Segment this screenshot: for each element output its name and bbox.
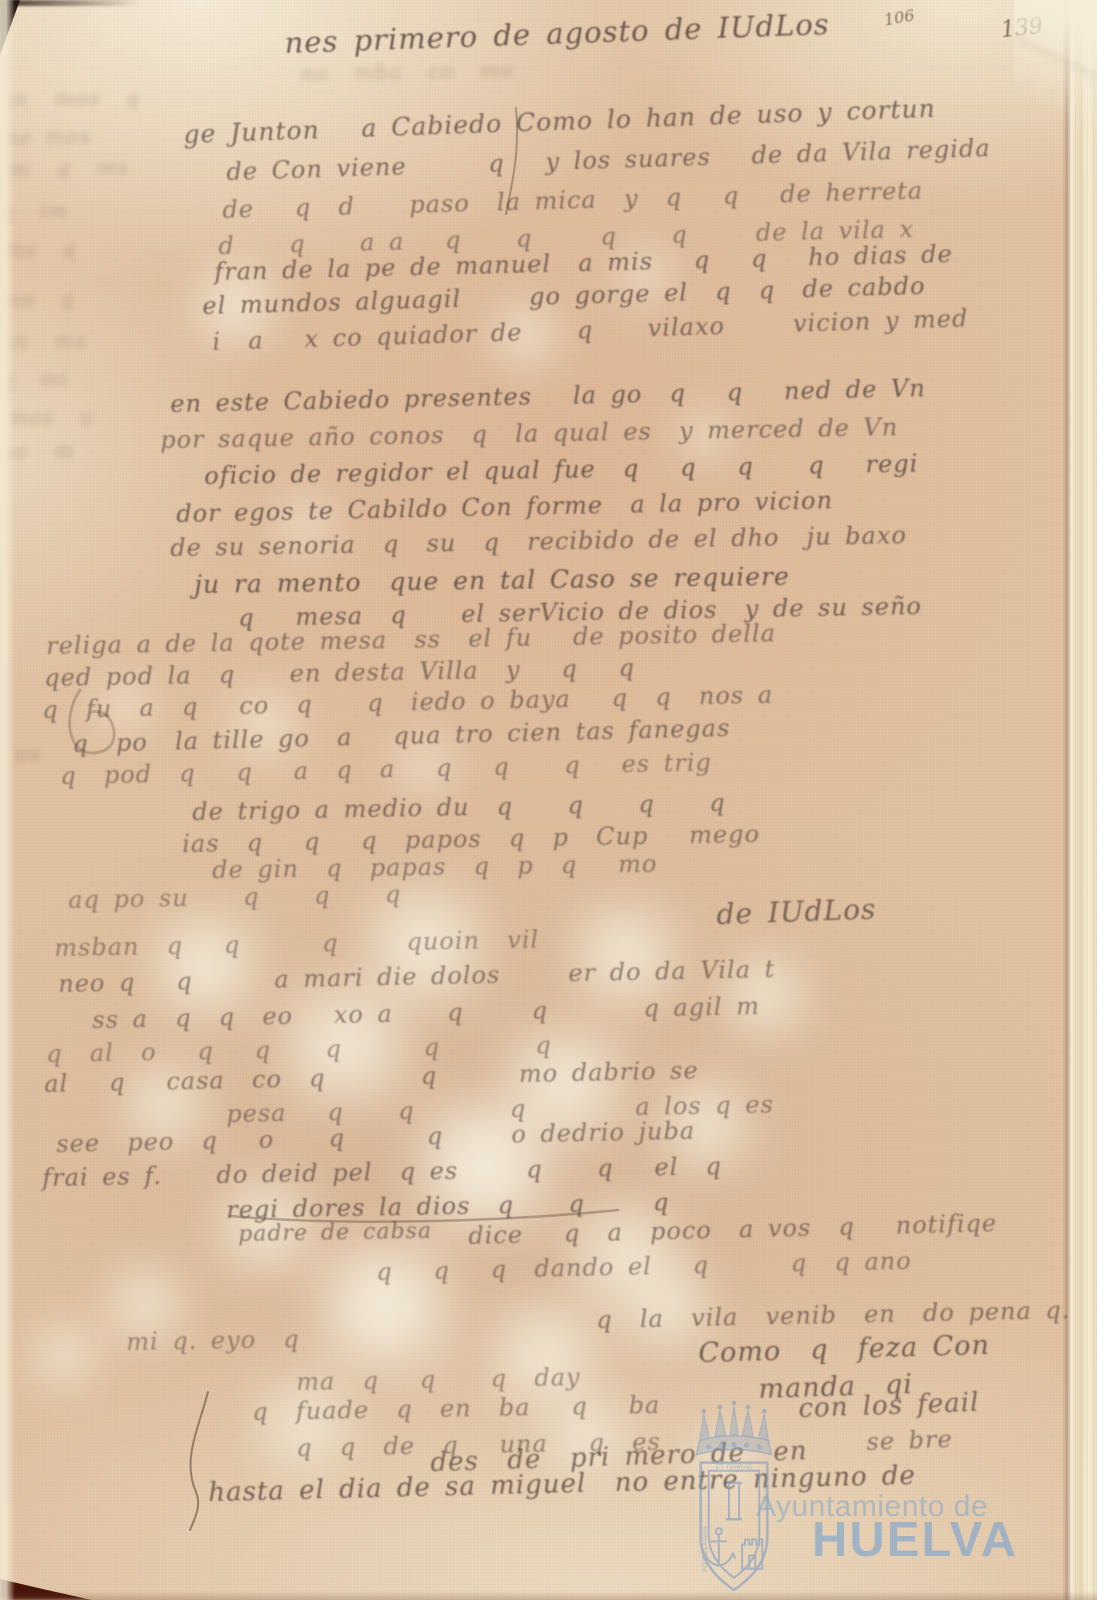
manuscript-line: oficio de regidor el qual fue q q q q re… (204, 450, 919, 490)
manuscript-line: msban q q q quoin vil (54, 926, 539, 962)
manuscript-line: ın mos q (6, 86, 140, 112)
manuscript-page: nes primero de agosto de IUdLosge Junton… (0, 0, 1097, 1600)
manuscript-line: im q ms (2, 156, 129, 182)
manuscript-line: frai es f. do deid pel q es q q el q (42, 1152, 722, 1192)
manuscript-line: q la vila venib en do pena q. (596, 1296, 1071, 1334)
manuscript-line: ma q q q day (296, 1363, 581, 1396)
manuscript-line: de gin q papas q p q mo (212, 850, 658, 884)
manuscript-line: religa a de la qote mesa ss el fu de pos… (46, 619, 776, 660)
manuscript-line: us (14, 742, 41, 766)
manuscript-line: de trigo a medio du q q q q (192, 789, 726, 826)
manuscript-line: see peo q o q q o dedrio juba (56, 1117, 695, 1158)
handwriting-layer: nes primero de agosto de IUdLosge Junton… (0, 0, 1097, 1600)
manuscript-line: dor egos te Cabildo Con forme a la pro v… (176, 486, 833, 528)
manuscript-line: ın ms (6, 329, 87, 354)
manuscript-line: ne mos (4, 124, 91, 150)
page-edge-right (1063, 0, 1097, 1600)
manuscript-line: nes primero de agosto de IUdLos (284, 7, 830, 60)
manuscript-line: en este Cabiedo presentes la go q q ned … (170, 374, 926, 418)
manuscript-line: mos u (8, 404, 95, 430)
manuscript-line: q q q dando el q q q ano (376, 1247, 912, 1286)
manuscript-line: de su senoria q su q recibido de el dho … (170, 521, 907, 562)
manuscript-line: ju ra mento que en tal Caso se requiere (194, 562, 790, 599)
manuscript-line: con los feail (798, 1388, 980, 1424)
manuscript-line: mi q. eyo q (126, 1325, 300, 1356)
manuscript-line: neo q q a mari die dolos er do da Vila t (58, 955, 776, 998)
page-edge-left (0, 0, 16, 1600)
manuscript-line: no mba co mo (300, 58, 514, 86)
manuscript-line: padre de cabsa (238, 1219, 432, 1247)
manuscript-line: por saque año conos q la qual es y merce… (160, 413, 898, 454)
manuscript-line: Como q feza Con (698, 1330, 990, 1369)
dark-edge-top (0, 0, 140, 6)
shadow-edge-bottom (0, 1591, 1097, 1600)
manuscript-line: de IUdLos (716, 892, 877, 931)
manuscript-line: aq po su q q q (68, 880, 402, 914)
manuscript-line: se bre (866, 1425, 953, 1456)
corner-fold-top-right (1014, 0, 1097, 190)
manuscript-line: ss a q q eo xo a q q q agil m (92, 992, 760, 1034)
manuscript-line: q fuade q en ba q ba (252, 1391, 661, 1426)
